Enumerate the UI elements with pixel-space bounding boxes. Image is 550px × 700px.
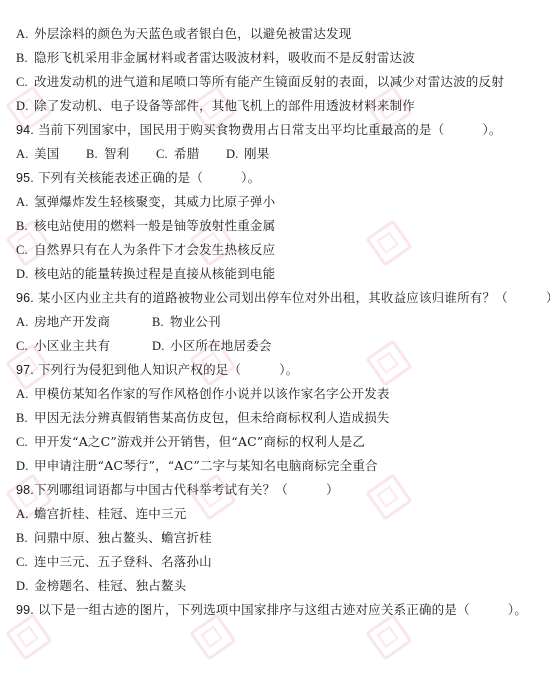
q97-option-c: C.甲开发“A之C”游戏并公开销售，但“AC”商标的权利人是乙 [16, 434, 365, 450]
q96-option-a: A.房地产开发商 [16, 314, 152, 330]
q95-option-d: D.核电站的能量转换过程是直接从核能到电能 [16, 266, 275, 282]
q93-option-b: B.隐形飞机采用非金属材料或者雷达吸波材料，吸收而不是反射雷达波 [16, 50, 415, 66]
q98-option-a: A.蟾宫折桂、桂冠、连中三元 [16, 506, 186, 522]
q93-option-a: A.外层涂料的颜色为天蓝色或者银白色，以避免被雷达发现 [16, 26, 352, 42]
q98-option-c: C.连中三元、五子登科、名落孙山 [16, 554, 212, 570]
q93-option-d: D.除了发动机、电子设备等部件，其他飞机上的部件用透波材料来制作 [16, 98, 415, 114]
q94-option-a: A.美国 [16, 146, 86, 162]
q96-option-c: C.小区业主共有 [16, 338, 152, 354]
q95-option-c: C.自然界只有在人为条件下才会发生热核反应 [16, 242, 275, 258]
q95-stem: 95.下列有关核能表述正确的是（ ）。 [16, 170, 260, 186]
q94-options: A.美国B.智利C.希腊D.刚果 [16, 146, 269, 162]
q96-option-b: B.物业公刊 [152, 314, 221, 330]
q97-stem: 97.下列行为侵犯到他人知识产权的足（ ）。 [16, 362, 298, 378]
q94-option-c: C.希腊 [156, 146, 226, 162]
watermark-logo [365, 613, 412, 660]
watermark-logo [5, 613, 52, 660]
q96-option-d: D.小区所在地居委会 [152, 338, 272, 354]
q96-options-row1: A.房地产开发商B.物业公刊 [16, 314, 221, 330]
q94-option-d: D.刚果 [226, 146, 269, 162]
q93-option-c: C.改进发动机的进气道和尾喷口等所有能产生镜面反射的表面，以减少对雷达波的反射 [16, 74, 504, 90]
q95-option-a: A.氢弹爆炸发生轻核聚变，其威力比原子弹小 [16, 194, 275, 210]
watermark-logo [365, 473, 412, 520]
watermark-logo [365, 219, 412, 266]
q96-options-row2: C.小区业主共有D.小区所在地居委会 [16, 338, 272, 354]
q97-option-d: D.甲申请注册“AC琴行”，“AC”二字与某知名电脑商标完全重合 [16, 458, 378, 474]
watermark-logo [189, 613, 236, 660]
q97-option-a: A.甲模仿某知名作家的写作风格创作小说并以该作家名字公开发表 [16, 386, 390, 402]
q98-option-d: D.金榜题名、桂冠、独占鳌头 [16, 578, 186, 594]
q94-stem: 94.当前下列国家中，国民用于购买食物费用占日常支出平均比重最高的是（ ）。 [16, 122, 502, 138]
watermark-logo [365, 339, 412, 386]
q94-option-b: B.智利 [86, 146, 156, 162]
q96-stem: 96.某小区内业主共有的道路被物业公司划出停车位对外出租，其收益应该归谁所有？（… [16, 290, 550, 306]
q95-option-b: B.核电站使用的燃料一般是铀等放射性重金属 [16, 218, 275, 234]
q97-option-b: B.甲因无法分辨真假销售某高仿皮包，但未给商标权利人造成损失 [16, 410, 390, 426]
q99-stem: 99.以下是一组古迹的图片，下列选项中国家排序与这组古迹对应关系正确的是（ ）。 [16, 602, 527, 618]
q98-stem: 98.下列哪组词语都与中国古代科举考试有关？（ ） [16, 482, 339, 498]
q98-option-b: B.问鼎中原、独占鳌头、蟾宫折桂 [16, 530, 212, 546]
